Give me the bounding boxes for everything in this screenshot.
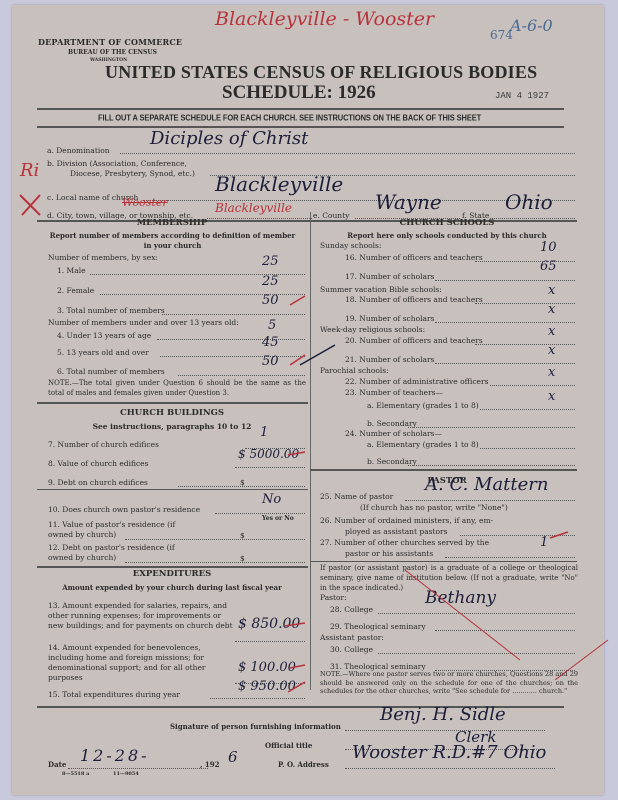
red-check-marks xyxy=(0,0,618,800)
